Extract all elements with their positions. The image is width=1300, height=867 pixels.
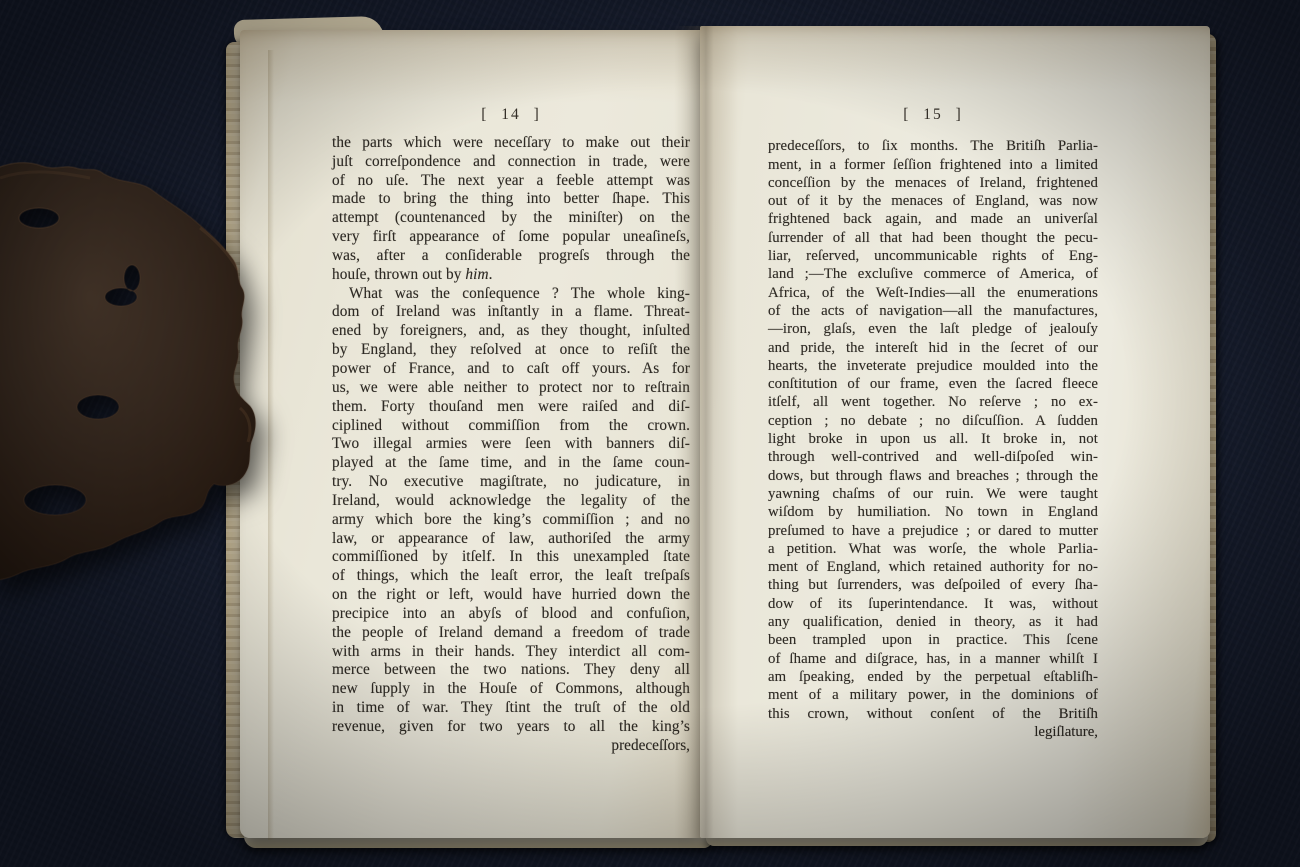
text-line: itſelf, all went together. No reſerve ; … bbox=[768, 393, 1098, 411]
text-line: revenue, given for two years to all the … bbox=[332, 718, 690, 737]
text-line: hearts, the inveterate prejudice moulded… bbox=[768, 357, 1098, 375]
text-line: wiſdom by humiliation. No town in Englan… bbox=[768, 503, 1098, 521]
text-line: Africa, of the Weſt-Indies—all the enume… bbox=[768, 284, 1098, 302]
text-line: Ireland, would acknowledge the legality … bbox=[332, 492, 690, 511]
text-line: attempt (countenanced by the miniſter) o… bbox=[332, 209, 690, 228]
text-line: through well-contrived and well-diſpoſed… bbox=[768, 448, 1098, 466]
text-line: merce between the two nations. They deny… bbox=[332, 661, 690, 680]
text-line: land ;—The excluſive commerce of America… bbox=[768, 265, 1098, 283]
text-line: made to bring the thing into better ſhap… bbox=[332, 190, 690, 209]
page-14-text-column: [ 14 ] the parts which were neceſſary to… bbox=[332, 106, 690, 756]
text-line: by England, they reſolved at once to reſ… bbox=[332, 341, 690, 360]
book-page-left: [ 14 ] the parts which were neceſſary to… bbox=[240, 30, 702, 838]
text-line: the people of Ireland demand a freedom o… bbox=[332, 624, 690, 643]
text-line: Two illegal armies were ſeen with banner… bbox=[332, 435, 690, 454]
text-line: was, after a conſiderable progreſs throu… bbox=[332, 247, 690, 266]
page-number-15: [ 15 ] bbox=[768, 106, 1098, 124]
text-line: army which bore the king’s commiſſion ; … bbox=[332, 511, 690, 530]
text-line: ſurrender of all that had been thought t… bbox=[768, 229, 1098, 247]
text-line: played at the ſame time, and in the ſame… bbox=[332, 454, 690, 473]
text-line: on the right or left, would have hurried… bbox=[332, 586, 690, 605]
text-line: of no uſe. The next year a feeble attemp… bbox=[332, 172, 690, 191]
text-line: precipice into an abyſs of blood and con… bbox=[332, 605, 690, 624]
catchword-page-14: predeceſſors, bbox=[332, 737, 690, 756]
text-line: dow of its ſuperintendance. It was, with… bbox=[768, 595, 1098, 613]
rusted-metal-object bbox=[0, 158, 270, 588]
page-15-text-column: [ 15 ] predeceſſors, to ſix months. The … bbox=[768, 106, 1098, 741]
text-line: very firſt appearance of ſome popular un… bbox=[332, 228, 690, 247]
book-page-right: [ 15 ] predeceſſors, to ſix months. The … bbox=[700, 26, 1210, 838]
text-line: dom of Ireland was inſtantly in a flame.… bbox=[332, 303, 690, 322]
text-line: ment, in a former ſeſſion frightened int… bbox=[768, 156, 1098, 174]
text-line: juſt correſpondence and connection in tr… bbox=[332, 153, 690, 172]
text-line: What was the conſequence ? The whole kin… bbox=[332, 285, 690, 304]
text-line: houſe, thrown out by him. bbox=[332, 266, 690, 285]
text-line: —iron, glaſs, even the laſt pledge of je… bbox=[768, 320, 1098, 338]
text-line: conſtitution of our frame, even the ſacr… bbox=[768, 375, 1098, 393]
page-number-14: [ 14 ] bbox=[332, 106, 690, 125]
text-line: of ſhame and diſgrace, has, in a manner … bbox=[768, 650, 1098, 668]
text-line: them. Forty thouſand men were raiſed and… bbox=[332, 398, 690, 417]
text-line: ception ; no debate ; no diſcuſſion. A ſ… bbox=[768, 412, 1098, 430]
page-14-body: the parts which were neceſſary to make o… bbox=[332, 134, 690, 737]
text-line: and pride, the intereſt hid in the ſecre… bbox=[768, 339, 1098, 357]
text-line: commiſſioned by itſelf. In this unexampl… bbox=[332, 548, 690, 567]
text-line: am ſpeaking, ended by the perpetual eſta… bbox=[768, 668, 1098, 686]
text-line: out of it by the menaces of England, was… bbox=[768, 192, 1098, 210]
text-line: ciplined without commiſſion from the cro… bbox=[332, 417, 690, 436]
text-line: us, we were able neither to protect nor … bbox=[332, 379, 690, 398]
text-line: the parts which were neceſſary to make o… bbox=[332, 134, 690, 153]
text-line: a petition. What was worſe, the whole Pa… bbox=[768, 540, 1098, 558]
book-photograph-scene: [ 14 ] the parts which were neceſſary to… bbox=[0, 0, 1300, 867]
text-line: this crown, without conſent of the Briti… bbox=[768, 705, 1098, 723]
text-line: with arms in their hands. They interdict… bbox=[332, 643, 690, 662]
text-line: predeceſſors, to ſix months. The Britiſh… bbox=[768, 137, 1098, 155]
text-line: liar, reſerved, uncommunicable rights of… bbox=[768, 247, 1098, 265]
text-line: power of France, and to caſt off yours. … bbox=[332, 360, 690, 379]
text-line: conceſſion by the menaces of Ireland, fr… bbox=[768, 174, 1098, 192]
text-line: try. No executive magiſtrate, no judicat… bbox=[332, 473, 690, 492]
text-line: law, or appearance of law, authoriſed th… bbox=[332, 530, 690, 549]
text-line: of things, which the leaſt error, the le… bbox=[332, 567, 690, 586]
text-line: preſumed to have a prejudice ; or dared … bbox=[768, 522, 1098, 540]
text-line: ment of a military power, in the dominio… bbox=[768, 686, 1098, 704]
text-line: ened by foreigners, and, as they thought… bbox=[332, 322, 690, 341]
text-line: been trampled upon in practice. This ſce… bbox=[768, 631, 1098, 649]
text-line: new ſupply in the Houſe of Commons, alth… bbox=[332, 680, 690, 699]
open-book: [ 14 ] the parts which were neceſſary to… bbox=[228, 22, 1214, 852]
text-line: light broke in upon us all. It broke in,… bbox=[768, 430, 1098, 448]
text-line: yawning chaſms of our ruin. We were taug… bbox=[768, 485, 1098, 503]
text-line: dows, but through flaws and breaches ; t… bbox=[768, 467, 1098, 485]
text-line: any qualification, denied in theory, as … bbox=[768, 613, 1098, 631]
catchword-page-15: legiſlature, bbox=[768, 723, 1098, 741]
text-line: frightened back again, and made an unive… bbox=[768, 210, 1098, 228]
page-15-body: predeceſſors, to ſix months. The Britiſh… bbox=[768, 137, 1098, 723]
text-line: of the acts of navigation—all the manufa… bbox=[768, 302, 1098, 320]
text-line: ment of England, which retained authorit… bbox=[768, 558, 1098, 576]
text-line: thing but ſurrenders, was deſpoiled of e… bbox=[768, 576, 1098, 594]
text-line: in time of war. They ſtint the truſt of … bbox=[332, 699, 690, 718]
